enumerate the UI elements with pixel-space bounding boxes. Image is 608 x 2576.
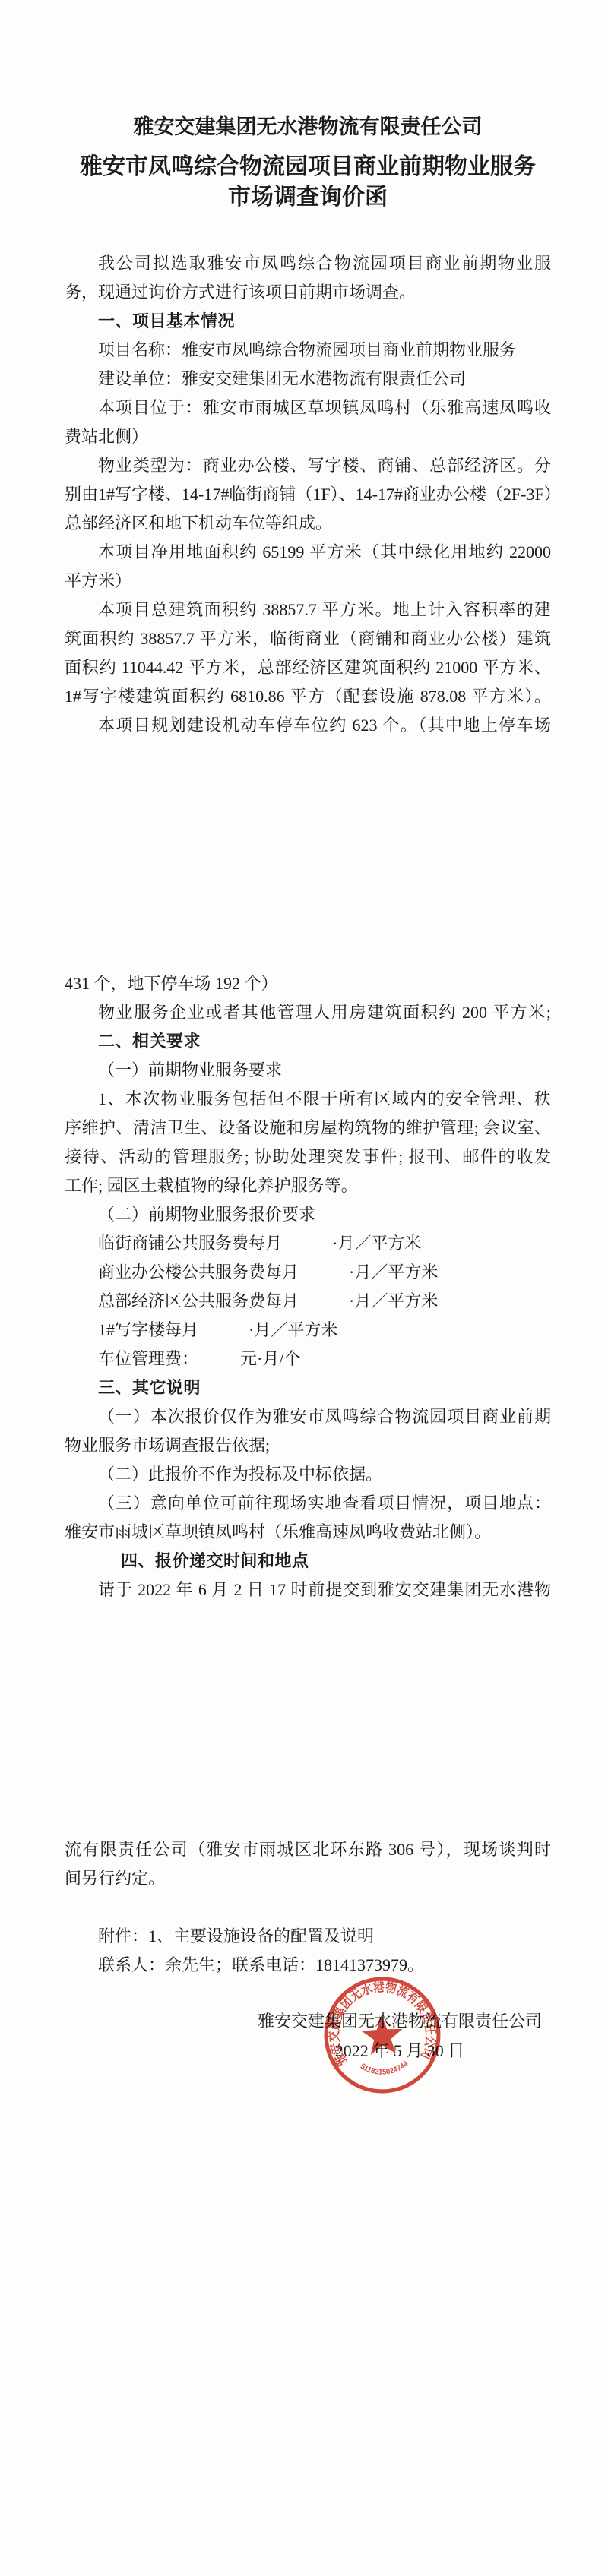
doc-line: （一）前期物业服务要求 (65, 1056, 551, 1085)
doc-line: 1、本次物业服务包括但不限于所有区域内的安全管理、秩 (65, 1085, 551, 1114)
doc-line: （一）本次报价仅作为雅安市凤鸣综合物流园项目商业前期 (65, 1402, 551, 1431)
company-seal: 雅安交建集团无水港物流有限责任公司 5118215024744 (319, 1972, 445, 2098)
doc-line: 一、项目基本情况 (65, 307, 551, 336)
doc-section-1: 雅安交建集团无水港物流有限责任公司 雅安市凤鸣综合物流园项目商业前期物业服务 市… (65, 112, 551, 740)
doc-line: 项目名称：雅安市凤鸣综合物流园项目商业前期物业服务 (65, 336, 551, 365)
doc-line: 临街商铺公共服务费每月 ·月／平方米 (65, 1229, 551, 1258)
doc-line: 面积约 11044.42 平方米，总部经济区建筑面积约 21000 平方米、 (65, 653, 551, 682)
document-page: 雅安交建集团无水港物流有限责任公司 雅安市凤鸣综合物流园项目商业前期物业服务 市… (0, 0, 608, 2576)
doc-line: 四、报价递交时间和地点 (65, 1547, 551, 1576)
doc-line: 接待、活动的管理服务; 协助处理突发事件; 报刊、邮件的收发 (65, 1143, 551, 1171)
doc-line: 车位管理费： 元·月/个 (65, 1345, 551, 1373)
doc-line: 本项目净用地面积约 65199 平方米（其中绿化用地约 22000 (65, 538, 551, 567)
doc-line: 二、相关要求 (65, 1027, 551, 1056)
doc-line: （二）前期物业服务报价要求 (65, 1200, 551, 1229)
doc-line: 联系人：余先生；联系电话：18141373979。 (65, 1951, 551, 1980)
doc-body-block-3: 流有限责任公司（雅安市雨城区北环东路 306 号），现场谈判时间另行约定。附件：… (65, 1835, 551, 1980)
doc-line: 序维护、清洁卫生、设备设施和房屋构筑物的维护管理; 会议室、 (65, 1114, 551, 1143)
seal-number: 5118215024744 (358, 2059, 410, 2078)
seal-star (361, 2014, 404, 2055)
doc-line: （二）此报价不作为投标及中标依据。 (65, 1460, 551, 1489)
doc-title-line-1: 雅安交建集团无水港物流有限责任公司 (65, 112, 551, 142)
doc-line: 总部经济区和地下机动车位等组成。 (65, 509, 551, 538)
doc-body-block-1: 我公司拟选取雅安市凤鸣综合物流园项目商业前期物业服务，现通过询价方式进行该项目前… (65, 249, 551, 740)
doc-line: 本项目规划建设机动车停车位约 623 个。（其中地上停车场 (65, 711, 551, 740)
doc-title-line-3: 市场调查询价函 (65, 182, 551, 213)
doc-line: 1#写字楼每月 ·月／平方米 (65, 1316, 551, 1345)
doc-line: 总部经济区公共服务费每月 ·月／平方米 (65, 1287, 551, 1316)
doc-line: 物业服务市场调查报告依据; (65, 1431, 551, 1460)
doc-line: 筑面积约 38857.7 平方米，临街商业（商铺和商业办公楼）建筑 (65, 624, 551, 653)
doc-line: 费站北侧） (65, 422, 551, 451)
doc-line: 工作; 园区土栽植物的绿化养护服务等。 (65, 1171, 551, 1200)
doc-line: （三）意向单位可前往现场实地查看项目情况，项目地点： (65, 1489, 551, 1518)
doc-section-2: 431 个，地下停车场 192 个）物业服务企业或者其他管理人用房建筑面积约 2… (65, 969, 551, 1604)
doc-line: 物业类型为：商业办公楼、写字楼、商铺、总部经济区。分 (65, 451, 551, 480)
doc-title-line-2: 雅安市凤鸣综合物流园项目商业前期物业服务 (65, 152, 551, 182)
doc-line: 请于 2022 年 6 月 2 日 17 时前提交到雅安交建集团无水港物 (65, 1576, 551, 1604)
doc-line: 本项目位于：雅安市雨城区草坝镇凤鸣村（乐雅高速凤鸣收 (65, 394, 551, 422)
doc-line: 雅安市雨城区草坝镇凤鸣村（乐雅高速凤鸣收费站北侧）。 (65, 1518, 551, 1547)
doc-line: 建设单位：雅安交建集团无水港物流有限责任公司 (65, 365, 551, 394)
doc-line: 平方米） (65, 567, 551, 596)
doc-line: 间另行约定。 (65, 1864, 551, 1893)
doc-line: 别由1#写字楼、14-17#临街商铺（1F）、14-17#商业办公楼（2F-3F… (65, 480, 551, 509)
doc-line: 1#写字楼建筑面积约 6810.86 平方（配套设施 878.08 平方米）。 (65, 682, 551, 711)
doc-line: 务，现通过询价方式进行该项目前期市场调查。 (65, 278, 551, 307)
doc-line: 流有限责任公司（雅安市雨城区北环东路 306 号），现场谈判时 (65, 1835, 551, 1864)
doc-section-3: 流有限责任公司（雅安市雨城区北环东路 306 号），现场谈判时间另行约定。附件：… (65, 1835, 551, 2066)
doc-line: 本项目总建筑面积约 38857.7 平方米。地上计入容积率的建 (65, 596, 551, 624)
doc-line: 附件：1、主要设施设备的配置及说明 (65, 1922, 551, 1951)
doc-line: 431 个，地下停车场 192 个） (65, 969, 551, 998)
doc-line: 我公司拟选取雅安市凤鸣综合物流园项目商业前期物业服 (65, 249, 551, 278)
doc-line: 三、其它说明 (65, 1373, 551, 1402)
doc-line: 商业办公楼公共服务费每月 ·月／平方米 (65, 1258, 551, 1287)
doc-line: 物业服务企业或者其他管理人用房建筑面积约 200 平方米; (65, 998, 551, 1027)
